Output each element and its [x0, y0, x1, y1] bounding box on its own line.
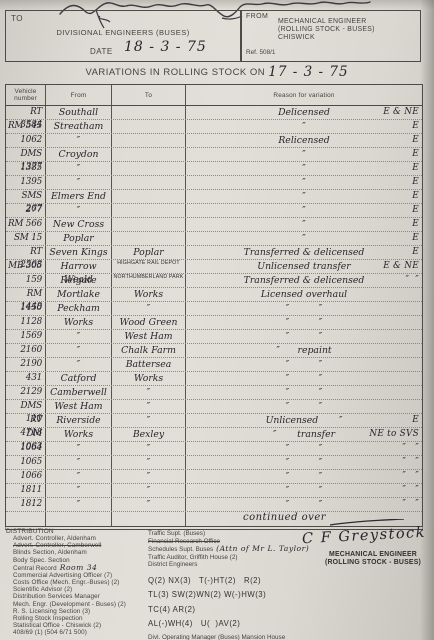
from-cell: Elmers End	[46, 190, 112, 203]
table-row: MB 305Harrow WealdHIGHGATE RAIL DEPOTUnl…	[6, 260, 422, 274]
to-cell: West Ham	[112, 330, 186, 343]
reason-cell: ″E	[186, 232, 422, 245]
stamp-line-1: MECHANICAL ENGINEER	[318, 551, 428, 559]
to-cell: NORTHUMBERLAND PARK	[112, 274, 186, 287]
table-row: 1569″West Ham″ ″	[6, 330, 422, 344]
column-header-reason: Reason for variation	[186, 85, 422, 105]
to-cell	[112, 204, 186, 217]
from-cell: Southall	[46, 106, 112, 119]
to-cell	[112, 148, 186, 161]
from-cell: Poplar	[46, 232, 112, 245]
list-item: District Engineers	[148, 561, 323, 569]
district-code-cell: E	[412, 204, 419, 217]
table-row: 1812″″″ ″″ ″	[6, 498, 422, 512]
to-cell: Bexley	[112, 428, 186, 441]
table-row: 277″″E	[6, 204, 422, 218]
district-code-cell: E	[412, 148, 419, 161]
vehicle-number-cell: 431	[6, 372, 46, 385]
reason-cell: ″ ″	[186, 330, 422, 343]
from-cell: ″	[46, 456, 112, 469]
table-row: SM 15Poplar″E	[6, 232, 422, 246]
to-cell	[112, 190, 186, 203]
vehicle-number-cell: RM 545	[6, 120, 46, 133]
to-cell: ″	[112, 442, 186, 455]
to-cell	[112, 218, 186, 231]
reason-cell: ″ ″	[186, 358, 422, 371]
table-row: RT 2568Seven KingsPoplarTransferred & de…	[6, 246, 422, 260]
column-header-to: To	[112, 85, 186, 105]
table-row: RM 1448MortlakeWorksLicensed overhaul	[6, 288, 422, 302]
reason-cell: Licensed overhaul	[186, 288, 422, 301]
to-label: TO	[11, 14, 23, 23]
reason-cell: ″ ″	[186, 372, 422, 385]
title-text: VARIATIONS IN ROLLING STOCK ON	[85, 67, 265, 78]
district-code-cell: ″ ″	[403, 442, 419, 455]
list-item: Traffic Supt. (Buses)	[148, 530, 323, 538]
district-code-cell: E	[412, 120, 419, 133]
reason-cell: ″ ″	[186, 302, 422, 315]
table-row: DMS 110West Ham″″ ″	[6, 400, 422, 414]
district-code-cell: ″ ″	[406, 274, 419, 287]
table-row: 2129Camberwell″″ ″	[6, 386, 422, 400]
table-row: 2160″Chalk Farm″ repaint	[6, 344, 422, 358]
list-item: Mech. Engr. (Development - Buses) (2)	[6, 601, 146, 608]
list-item: Advert. Controller, Camberwell	[6, 542, 146, 549]
distribution-heading: DISTRIBUTION	[6, 528, 146, 535]
table-row: RT 3584SouthallDelicensedE & NE	[6, 106, 422, 120]
column-header-vehicle-number: Vehicle number	[6, 85, 46, 105]
from-cell: Camberwell	[46, 386, 112, 399]
vehicle-number-cell: 2129	[6, 386, 46, 399]
mechanical-engineer-stamp: MECHANICAL ENGINEER (ROLLING STOCK - BUS…	[318, 551, 428, 567]
handwritten-note: Room 34	[60, 563, 98, 572]
vehicle-number-cell: 1395	[6, 176, 46, 189]
table-body: RT 3584SouthallDelicensedE & NERM 545Str…	[6, 106, 422, 526]
from-cell: Croydon	[46, 148, 112, 161]
from-cell: Reigate	[46, 274, 112, 287]
from-cell: ″	[46, 470, 112, 483]
date-label: DATE	[90, 47, 113, 56]
from-cell: Catford	[46, 372, 112, 385]
to-cell: Wood Green	[112, 316, 186, 329]
list-item: Costs Office (Mech. Engr.-Buses) (2)	[6, 579, 146, 586]
district-code-line: TC(4) AR(2)	[148, 603, 323, 618]
table-row: DMS 1377Croydon″E	[6, 148, 422, 162]
reason-cell: ″E	[186, 190, 422, 203]
recipients-list: Traffic Supt. (Buses)Financial Research …	[148, 530, 323, 640]
to-cell	[112, 162, 186, 175]
from-cell: ″	[46, 344, 112, 357]
table-row: 1065″″″ ″″ ″	[6, 456, 422, 470]
from-cell: West Ham	[46, 400, 112, 413]
reason-cell: ″ ″	[186, 316, 422, 329]
reason-cell: ″E	[186, 120, 422, 133]
to-cell: Works	[112, 372, 186, 385]
from-cell: Harrow Weald	[46, 260, 112, 273]
list-item: Rolling Stock Inspection	[6, 615, 146, 622]
vehicle-number-cell: RM 566	[6, 218, 46, 231]
vehicle-number-cell: DMS 110	[6, 400, 46, 413]
vehicle-number-cell: 2160	[6, 344, 46, 357]
district-code-cell: E	[412, 232, 419, 245]
list-item: Distribution Services Manager	[6, 593, 146, 600]
vehicle-number-cell: 1065	[6, 456, 46, 469]
to-cell: ″	[112, 414, 186, 427]
to-cell: ″	[112, 456, 186, 469]
reason-cell: ″ transferNE to SVS	[186, 428, 422, 441]
district-code-cell: ″ ″	[403, 470, 419, 483]
to-cell: ″	[112, 302, 186, 315]
from-line-2: (ROLLING STOCK - BUSES)	[278, 26, 375, 34]
from-cell: Streatham	[46, 120, 112, 133]
district-code-cell: E & NE	[383, 106, 419, 119]
reason-cell: ″ ″	[186, 386, 422, 399]
to-cell: ″	[112, 484, 186, 497]
reason-cell: Transferred & delicensed″ ″	[186, 274, 422, 287]
to-value: DIVISIONAL ENGINEERS (BUSES)	[6, 28, 240, 37]
reason-cell: Unlicensed ″E	[186, 414, 422, 427]
district-code-line: Q(2) NX(3) T(-)HT(2) R(2)	[148, 574, 323, 589]
reason-cell: RelicensedE	[186, 134, 422, 147]
from-cell: ″	[46, 176, 112, 189]
district-code-cell: ″ ″	[403, 484, 419, 497]
district-code-cell: E	[412, 414, 419, 427]
table-row: SMS 267Elmers End″E	[6, 190, 422, 204]
vehicle-number-cell: RM 1448	[6, 288, 46, 301]
vehicle-number-cell: 1066	[6, 470, 46, 483]
from-box: FROM MECHANICAL ENGINEER (ROLLING STOCK …	[241, 10, 421, 62]
scanned-form: TO DIVISIONAL ENGINEERS (BUSES) DATE 18 …	[0, 0, 434, 640]
reason-cell: ″ ″″ ″	[186, 470, 422, 483]
to-cell	[112, 120, 186, 133]
from-cell: ″	[46, 162, 112, 175]
vehicle-number-cell: 1811	[6, 484, 46, 497]
title-date-handwritten: 17 - 3 - 75	[268, 64, 348, 80]
district-code-cell: NE to SVS	[369, 428, 419, 441]
vehicle-number-cell	[6, 512, 46, 526]
district-code-lines: Q(2) NX(3) T(-)HT(2) R(2)TL(3) SW(2)WN(2…	[148, 574, 323, 632]
table-row: DM 1063WorksBexley″ transferNE to SVS	[6, 428, 422, 442]
reason-cell: ″ ″″ ″	[186, 498, 422, 511]
rolling-stock-table: Vehicle number From To Reason for variat…	[5, 84, 423, 530]
to-cell	[112, 176, 186, 189]
from-cell: Seven Kings	[46, 246, 112, 259]
handwritten-note: (Attn of Mr L. Taylor)	[216, 544, 309, 553]
district-code-line: AL(-)WH(4) U( )AV(2)	[148, 617, 323, 632]
from-cell: ″	[46, 442, 112, 455]
to-cell	[112, 134, 186, 147]
vehicle-number-cell: 1450	[6, 302, 46, 315]
table-row: RM 566New Cross″E	[6, 218, 422, 232]
list-item: R. S. Licensing Section (3)	[6, 608, 146, 615]
table-row: RT 4718Riverside″Unlicensed ″E	[6, 414, 422, 428]
from-cell: Works	[46, 316, 112, 329]
table-row: RM 545Streatham″E	[6, 120, 422, 134]
vehicle-number-cell: 1064	[6, 442, 46, 455]
distribution-lines: Advert. Controller, AldenhamAdvert. Cont…	[6, 535, 146, 636]
reason-cell: ″E	[186, 162, 422, 175]
vehicle-number-cell: RT 3584	[6, 106, 46, 119]
table-row: 431CatfordWorks″ ″	[6, 372, 422, 386]
list-item: Advert. Controller, Aldenham	[6, 535, 146, 542]
vehicle-number-cell: DM 1063	[6, 428, 46, 441]
vehicle-number-cell: 159	[6, 274, 46, 287]
to-cell	[112, 512, 186, 526]
scan-top-shading	[0, 0, 434, 10]
reason-cell: ″ ″″ ″	[186, 456, 422, 469]
form-header: TO DIVISIONAL ENGINEERS (BUSES) DATE 18 …	[5, 10, 421, 62]
from-cell: ″	[46, 358, 112, 371]
from-cell: ″	[46, 134, 112, 147]
vehicle-number-cell: RT 2568	[6, 246, 46, 259]
from-cell: Peckham	[46, 302, 112, 315]
district-code-cell: E	[412, 190, 419, 203]
to-cell: Poplar	[112, 246, 186, 259]
vehicle-number-cell: SM 15	[6, 232, 46, 245]
reference-number: Ref. 508/1	[246, 49, 276, 56]
from-cell: Mortlake	[46, 288, 112, 301]
district-code-cell: E	[412, 246, 419, 259]
table-row: 1395″″E	[6, 176, 422, 190]
list-item: Commercial Advertising Officer (7)	[6, 572, 146, 579]
table-header-row: Vehicle number From To Reason for variat…	[6, 85, 422, 106]
operating-manager-line: Divl. Operating Manager (Buses) Mansion …	[148, 634, 323, 640]
list-item: Schedules Supt. Buses(Attn of Mr L. Tayl…	[148, 545, 323, 554]
table-row: 159ReigateNORTHUMBERLAND PARKTransferred…	[6, 274, 422, 288]
from-address: MECHANICAL ENGINEER (ROLLING STOCK - BUS…	[278, 18, 375, 43]
to-cell: ″	[112, 498, 186, 511]
vehicle-number-cell: MB 305	[6, 260, 46, 273]
district-code-line: TL(3) SW(2)WN(2) W(-)HW(3)	[148, 588, 323, 603]
distribution-list: DISTRIBUTION Advert. Controller, Aldenha…	[6, 528, 146, 636]
list-item: Statistical Office - Chiswick (2)	[6, 622, 146, 629]
reason-cell: ″E	[186, 204, 422, 217]
from-label: FROM	[246, 13, 268, 20]
from-line-1: MECHANICAL ENGINEER	[278, 18, 375, 26]
to-cell	[112, 106, 186, 119]
reason-cell: ″E	[186, 218, 422, 231]
vehicle-number-cell: 277	[6, 204, 46, 217]
reason-cell: DelicensedE & NE	[186, 106, 422, 119]
vehicle-number-cell: 1569	[6, 330, 46, 343]
from-cell: ″	[46, 330, 112, 343]
to-cell: Works	[112, 288, 186, 301]
district-code-cell: ″ ″	[403, 456, 419, 469]
form-title: VARIATIONS IN ROLLING STOCK ON 17 - 3 - …	[0, 63, 434, 79]
vehicle-number-cell: 1062	[6, 134, 46, 147]
district-code-cell: E	[412, 162, 419, 175]
to-box: TO DIVISIONAL ENGINEERS (BUSES) DATE 18 …	[5, 10, 241, 62]
from-cell: ″	[46, 204, 112, 217]
date-value-handwritten: 18 - 3 - 75	[124, 39, 207, 55]
vehicle-number-cell: 1812	[6, 498, 46, 511]
to-cell: ″	[112, 400, 186, 413]
district-code-cell: E & NE	[383, 260, 419, 273]
list-item: Traffic Auditor, Griffith House (2)	[148, 554, 323, 562]
to-cell: ″	[112, 470, 186, 483]
to-cell	[112, 232, 186, 245]
vehicle-number-cell: 1128	[6, 316, 46, 329]
district-code-cell: E	[412, 134, 419, 147]
table-row: 1811″″″ ″″ ″	[6, 484, 422, 498]
to-cell: HIGHGATE RAIL DEPOT	[112, 260, 186, 273]
reason-cell: Transferred & delicensedE	[186, 246, 422, 259]
district-code-cell: ″ ″	[403, 498, 419, 511]
recipient-lines: Traffic Supt. (Buses)Financial Research …	[148, 530, 323, 569]
from-cell: Works	[46, 428, 112, 441]
district-code-cell: E	[412, 176, 419, 189]
reason-cell: Unlicensed transferE & NE	[186, 260, 422, 273]
to-cell: Chalk Farm	[112, 344, 186, 357]
from-line-3: CHISWICK	[278, 34, 375, 42]
vehicle-number-cell: SMS 267	[6, 190, 46, 203]
table-row: 2190″Battersea″ ″	[6, 358, 422, 372]
reason-cell: ″E	[186, 148, 422, 161]
to-cell: Battersea	[112, 358, 186, 371]
reason-cell: ″ repaint	[186, 344, 422, 357]
vehicle-number-cell: DMS 1377	[6, 148, 46, 161]
table-row: 1450Peckham″″ ″	[6, 302, 422, 316]
from-cell: ″	[46, 484, 112, 497]
list-item: 408/69 (1) (504 6/71 500)	[6, 629, 146, 636]
table-row: 1064″″″ ″″ ″	[6, 442, 422, 456]
table-row: 1385″″E	[6, 162, 422, 176]
vehicle-number-cell: 1385	[6, 162, 46, 175]
vehicle-number-cell: 2190	[6, 358, 46, 371]
to-cell: ″	[112, 386, 186, 399]
table-row: 1066″″″ ″″ ″	[6, 470, 422, 484]
reason-cell: ″ ″″ ″	[186, 484, 422, 497]
list-item: Scientific Advisor (2)	[6, 586, 146, 593]
from-cell	[46, 512, 112, 526]
from-cell: ″	[46, 498, 112, 511]
reason-cell: ″ ″	[186, 400, 422, 413]
from-cell: New Cross	[46, 218, 112, 231]
stamp-line-2: (ROLLING STOCK - BUSES)	[318, 559, 428, 567]
reason-cell: ″ ″″ ″	[186, 442, 422, 455]
table-row: 1062″RelicensedE	[6, 134, 422, 148]
list-item: Central RecordRoom 34	[6, 564, 146, 572]
column-header-from: From	[46, 85, 112, 105]
continued-over-note: continued over	[243, 512, 326, 523]
district-code-cell: E	[412, 218, 419, 231]
table-row: 1128WorksWood Green″ ″	[6, 316, 422, 330]
reason-cell: ″E	[186, 176, 422, 189]
from-cell: Riverside	[46, 414, 112, 427]
list-item: Blinds Section, Aldenham	[6, 549, 146, 556]
vehicle-number-cell: RT 4718	[6, 414, 46, 427]
